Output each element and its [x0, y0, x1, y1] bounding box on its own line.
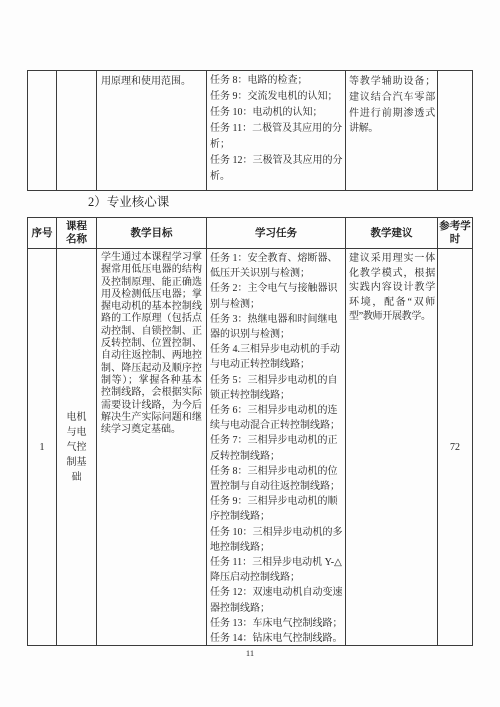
core-course-table: 序号 课程名称 教学目标 学习任务 教学建议 参考学时 1 电机与电气控制基础 … [27, 217, 473, 646]
task-item: 任务 2：主令电气与接触器识别与检测； [210, 281, 343, 311]
core-table-row: 1 电机与电气控制基础 学生通过本课程学习掌握常用低压电器的结构及控制原理、能正… [28, 249, 472, 645]
teaching-goal-cell: 学生通过本课程学习掌握常用低压电器的结构及控制原理、能正确选用及检测低压电器；掌… [97, 249, 207, 645]
teaching-suggestion-cell: 建议采用理实一体化教学模式，根据实践内容设计教学环境，配备“双师型”教师开展教学… [346, 249, 438, 645]
reference-hours-header-cell: 参考学时 [438, 218, 472, 248]
continued-course-table: 用原理和使用范围。 任务 8：电路的检查； 任务 9：交流发电机的认知； 任务 … [27, 70, 473, 191]
task-item: 任务 14：钻床电气控制线路。 [210, 631, 343, 645]
course-name-header-cell: 课程名称 [57, 218, 97, 248]
course-name-cell: 电机与电气控制基础 [57, 249, 97, 645]
seq-cell: 1 [28, 249, 57, 645]
task-item: 任务 12：三极管及其应用的分析。 [210, 153, 343, 185]
task-item: 任务 4.三相异步电动机的手动与电动正转控制线路； [210, 342, 343, 372]
learning-tasks-cell: 任务 1：安全教育、熔断器、低压开关识别与检测； 任务 2：主令电气与接触器识别… [207, 249, 346, 645]
task-item: 任务 11：三相异步电动机 Y-△降压启动控制线路； [210, 555, 343, 585]
section-heading: 2）专业核心课 [88, 194, 169, 211]
task-item: 任务 10：电动机的认知； [210, 105, 343, 121]
task-item: 任务 9：交流发电机的认知； [210, 89, 343, 105]
task-item: 任务 11：二极管及其应用的分析； [210, 121, 343, 153]
seq-cell-empty [28, 71, 57, 190]
task-item: 任务 5：三相异步电动机的自锁正转控制线路； [210, 373, 343, 403]
hours-cell-empty [438, 71, 472, 190]
task-item: 任务 12：双速电动机自动变速器控制线路； [210, 585, 343, 615]
task-item: 任务 6：三相异步电动机的连续与电动混合正转控制线路； [210, 403, 343, 433]
course-name-cell-empty [57, 71, 97, 190]
teaching-goal-cell: 用原理和使用范围。 [97, 71, 207, 190]
teaching-goal-header-cell: 教学目标 [97, 218, 207, 248]
learning-tasks-cell: 任务 8：电路的检查； 任务 9：交流发电机的认知； 任务 10：电动机的认知；… [207, 71, 346, 190]
learning-tasks-header-cell: 学习任务 [207, 218, 346, 248]
teaching-suggestion-header-cell: 教学建议 [346, 218, 438, 248]
task-item: 任务 10：三相异步电动机的多地控制线路； [210, 525, 343, 555]
task-item: 任务 1：安全教育、熔断器、低压开关识别与检测； [210, 251, 343, 281]
page-number: 11 [0, 648, 500, 658]
hours-cell: 72 [438, 249, 472, 645]
teaching-suggestion-cell: 等教学辅助设备；建议结合汽车零部件进行前期渗透式讲解。 [346, 71, 438, 190]
task-item: 任务 8：三相异步电动机的位置控制与自动往返控制线路； [210, 464, 343, 494]
core-table-header-row: 序号 课程名称 教学目标 学习任务 教学建议 参考学时 [28, 218, 472, 249]
continued-table-row: 用原理和使用范围。 任务 8：电路的检查； 任务 9：交流发电机的认知； 任务 … [28, 71, 472, 190]
seq-header-cell: 序号 [28, 218, 57, 248]
task-item: 任务 8：电路的检查； [210, 73, 343, 89]
task-item: 任务 3：热继电器和时间继电器的识别与检测； [210, 312, 343, 342]
task-item: 任务 9：三相异步电动机的顺序控制线路； [210, 494, 343, 524]
task-item: 任务 13：车床电气控制线路； [210, 616, 343, 631]
task-item: 任务 7：三相异步电动机的正反转控制线路； [210, 433, 343, 463]
